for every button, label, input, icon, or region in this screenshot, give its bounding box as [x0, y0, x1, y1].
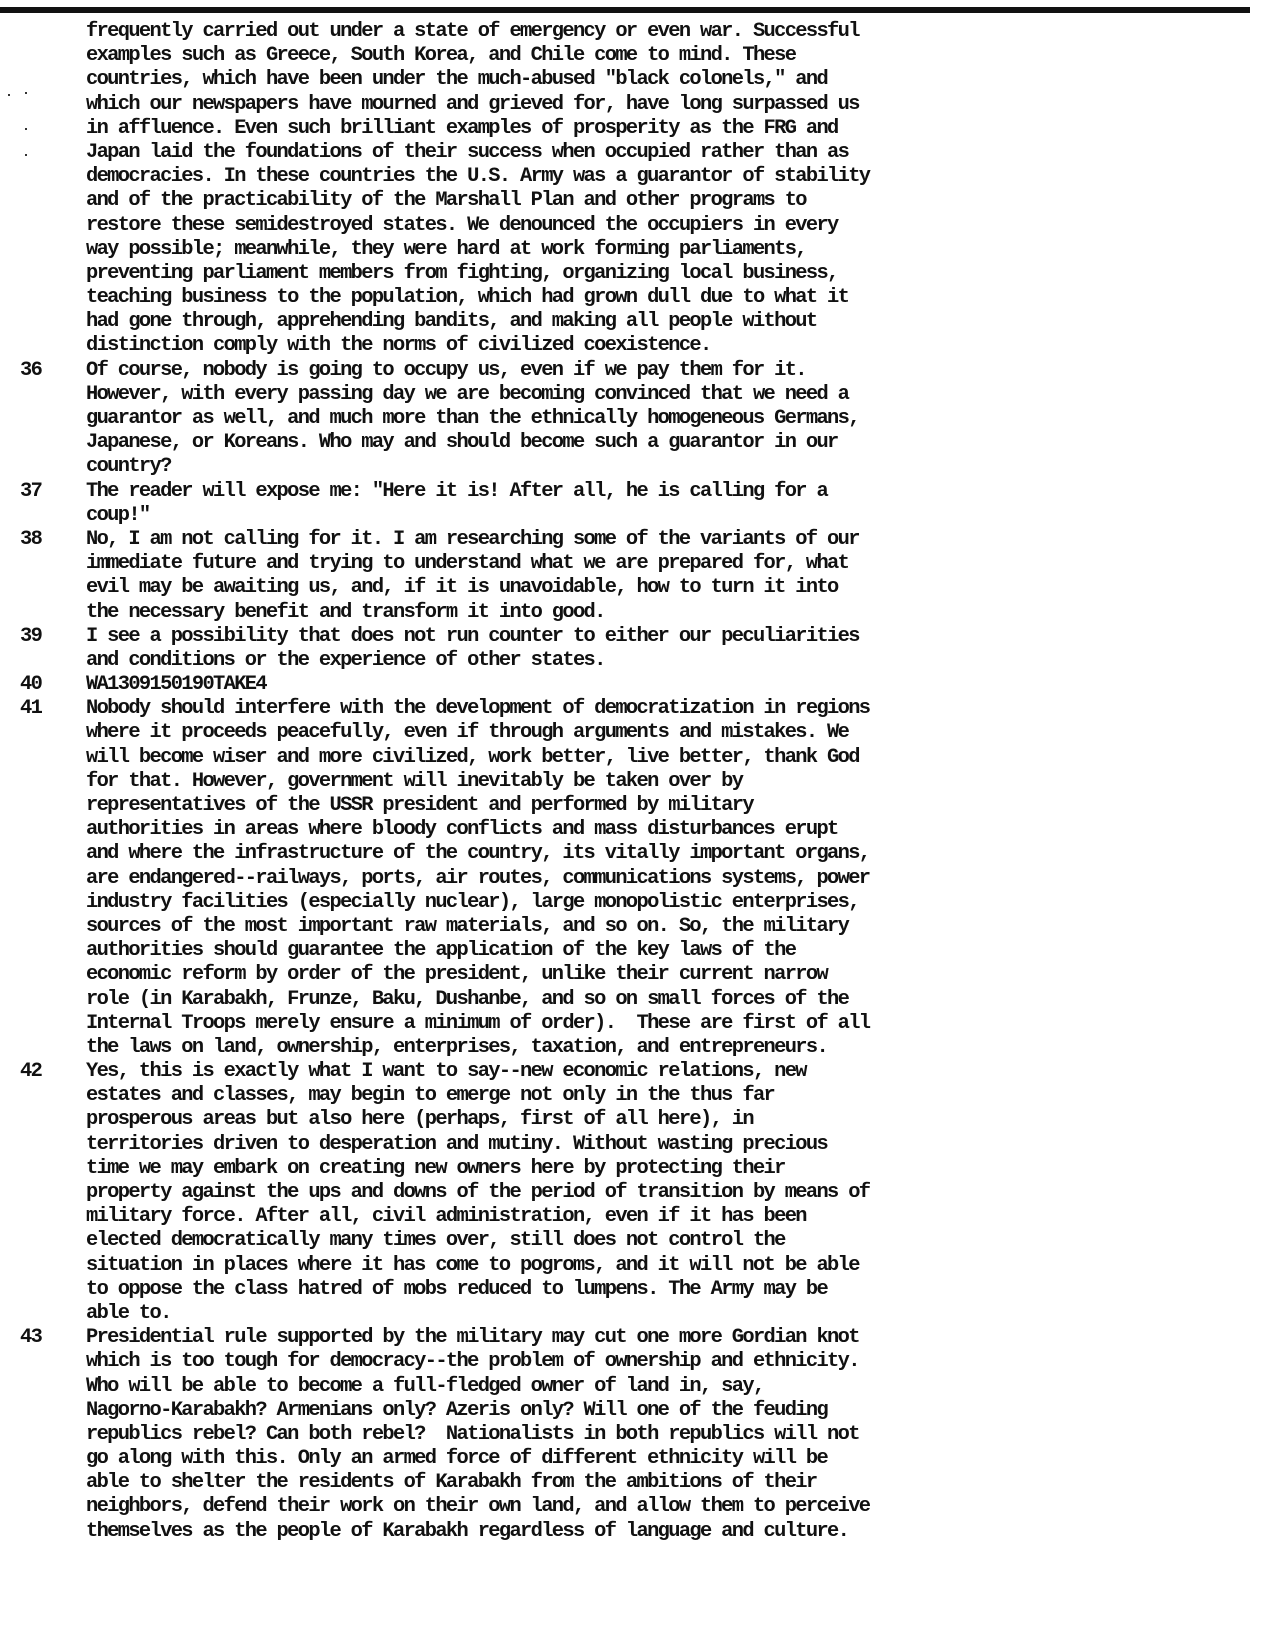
- paragraph-number: 37: [20, 480, 86, 504]
- paragraph: 41Nobody should interfere with the devel…: [20, 697, 1260, 1060]
- text-line: elected democratically many times over, …: [86, 1229, 1260, 1253]
- text-line: which our newspapers have mourned and gr…: [86, 93, 1260, 117]
- text-line: authorities should guarantee the applica…: [86, 939, 1260, 963]
- text-line: However, with every passing day we are b…: [86, 383, 1260, 407]
- text-line: and of the practicability of the Marshal…: [86, 189, 1260, 213]
- text-line: and conditions or the experience of othe…: [86, 649, 1260, 673]
- paragraph: 39I see a possibility that does not run …: [20, 625, 1260, 673]
- text-line: examples such as Greece, South Korea, an…: [86, 44, 1260, 68]
- text-line: coup!": [86, 504, 1260, 528]
- text-line: representatives of the USSR president an…: [86, 794, 1260, 818]
- paragraph-text: Of course, nobody is going to occupy us,…: [86, 359, 1260, 480]
- text-line: in affluence. Even such brilliant exampl…: [86, 117, 1260, 141]
- text-line: military force. After all, civil adminis…: [86, 1205, 1260, 1229]
- text-line: for that. However, government will inevi…: [86, 770, 1260, 794]
- paragraph: frequently carried out under a state of …: [20, 20, 1260, 359]
- text-line: restore these semidestroyed states. We d…: [86, 214, 1260, 238]
- text-line: situation in places where it has come to…: [86, 1254, 1260, 1278]
- text-line: WA1309150190TAKE4: [86, 673, 1260, 697]
- text-line: will become wiser and more civilized, wo…: [86, 746, 1260, 770]
- text-line: Internal Troops merely ensure a minimum …: [86, 1012, 1260, 1036]
- text-line: immediate future and trying to understan…: [86, 552, 1260, 576]
- paragraph-number: 40: [20, 673, 86, 697]
- paragraph: 36Of course, nobody is going to occupy u…: [20, 359, 1260, 480]
- text-line: role (in Karabakh, Frunze, Baku, Dushanb…: [86, 988, 1260, 1012]
- text-line: territories driven to desperation and mu…: [86, 1133, 1260, 1157]
- paragraph-number: 43: [20, 1326, 86, 1350]
- text-line: way possible; meanwhile, they were hard …: [86, 238, 1260, 262]
- paragraph-number: 38: [20, 528, 86, 552]
- paragraph-number: 36: [20, 359, 86, 383]
- text-line: distinction comply with the norms of civ…: [86, 334, 1260, 358]
- text-line: Japan laid the foundations of their succ…: [86, 141, 1260, 165]
- paragraph-number: 39: [20, 625, 86, 649]
- paragraph: 38No, I am not calling for it. I am rese…: [20, 528, 1260, 625]
- text-line: where it proceeds peacefully, even if th…: [86, 721, 1260, 745]
- text-line: country?: [86, 455, 1260, 479]
- text-line: I see a possibility that does not run co…: [86, 625, 1260, 649]
- text-line: Who will be able to become a full-fledge…: [86, 1375, 1260, 1399]
- text-line: go along with this. Only an armed force …: [86, 1447, 1260, 1471]
- text-line: sources of the most important raw materi…: [86, 915, 1260, 939]
- text-line: the laws on land, ownership, enterprises…: [86, 1036, 1260, 1060]
- text-line: Nagorno-Karabakh? Armenians only? Azeris…: [86, 1399, 1260, 1423]
- text-line: able to shelter the residents of Karabak…: [86, 1471, 1260, 1495]
- paragraph: 43Presidential rule supported by the mil…: [20, 1326, 1260, 1544]
- text-line: prosperous areas but also here (perhaps,…: [86, 1108, 1260, 1132]
- text-line: teaching business to the population, whi…: [86, 286, 1260, 310]
- text-line: had gone through, apprehending bandits, …: [86, 310, 1260, 334]
- text-line: frequently carried out under a state of …: [86, 20, 1260, 44]
- text-line: estates and classes, may begin to emerge…: [86, 1084, 1260, 1108]
- text-line: are endangered--railways, ports, air rou…: [86, 867, 1260, 891]
- paragraph-text: The reader will expose me: "Here it is! …: [86, 480, 1260, 528]
- text-line: and where the infrastructure of the coun…: [86, 842, 1260, 866]
- text-line: The reader will expose me: "Here it is! …: [86, 480, 1260, 504]
- paragraph-text: Nobody should interfere with the develop…: [86, 697, 1260, 1060]
- text-line: preventing parliament members from fight…: [86, 262, 1260, 286]
- text-line: Japanese, or Koreans. Who may and should…: [86, 431, 1260, 455]
- paragraph-text: Presidential rule supported by the milit…: [86, 1326, 1260, 1544]
- text-line: Nobody should interfere with the develop…: [86, 697, 1260, 721]
- paragraph-text: frequently carried out under a state of …: [86, 20, 1260, 359]
- text-line: authorities in areas where bloody confli…: [86, 818, 1260, 842]
- text-line: economic reform by order of the presiden…: [86, 963, 1260, 987]
- text-line: the necessary benefit and transform it i…: [86, 601, 1260, 625]
- document-page: frequently carried out under a state of …: [20, 20, 1260, 1544]
- paragraph: 40WA1309150190TAKE4: [20, 673, 1260, 697]
- text-line: guarantor as well, and much more than th…: [86, 407, 1260, 431]
- text-line: neighbors, defend their work on their ow…: [86, 1495, 1260, 1519]
- text-line: democracies. In these countries the U.S.…: [86, 165, 1260, 189]
- text-line: evil may be awaiting us, and, if it is u…: [86, 576, 1260, 600]
- text-line: time we may embark on creating new owner…: [86, 1157, 1260, 1181]
- text-line: industry facilities (especially nuclear)…: [86, 891, 1260, 915]
- text-line: Of course, nobody is going to occupy us,…: [86, 359, 1260, 383]
- paragraph: 37The reader will expose me: "Here it is…: [20, 480, 1260, 528]
- paragraph-number: 41: [20, 697, 86, 721]
- text-line: able to.: [86, 1302, 1260, 1326]
- text-line: themselves as the people of Karabakh reg…: [86, 1520, 1260, 1544]
- text-line: which is too tough for democracy--the pr…: [86, 1350, 1260, 1374]
- paragraph-text: I see a possibility that does not run co…: [86, 625, 1260, 673]
- text-line: countries, which have been under the muc…: [86, 68, 1260, 92]
- paragraph-number: 42: [20, 1060, 86, 1084]
- scan-artifact-dot: [8, 94, 10, 96]
- paragraph: 42Yes, this is exactly what I want to sa…: [20, 1060, 1260, 1326]
- paragraph-text: Yes, this is exactly what I want to say-…: [86, 1060, 1260, 1326]
- text-line: property against the ups and downs of th…: [86, 1181, 1260, 1205]
- text-line: republics rebel? Can both rebel? Nationa…: [86, 1423, 1260, 1447]
- paragraph-text: WA1309150190TAKE4: [86, 673, 1260, 697]
- text-line: to oppose the class hatred of mobs reduc…: [86, 1278, 1260, 1302]
- top-rule: [0, 7, 1250, 13]
- text-line: Yes, this is exactly what I want to say-…: [86, 1060, 1260, 1084]
- text-line: No, I am not calling for it. I am resear…: [86, 528, 1260, 552]
- paragraph-text: No, I am not calling for it. I am resear…: [86, 528, 1260, 625]
- text-line: Presidential rule supported by the milit…: [86, 1326, 1260, 1350]
